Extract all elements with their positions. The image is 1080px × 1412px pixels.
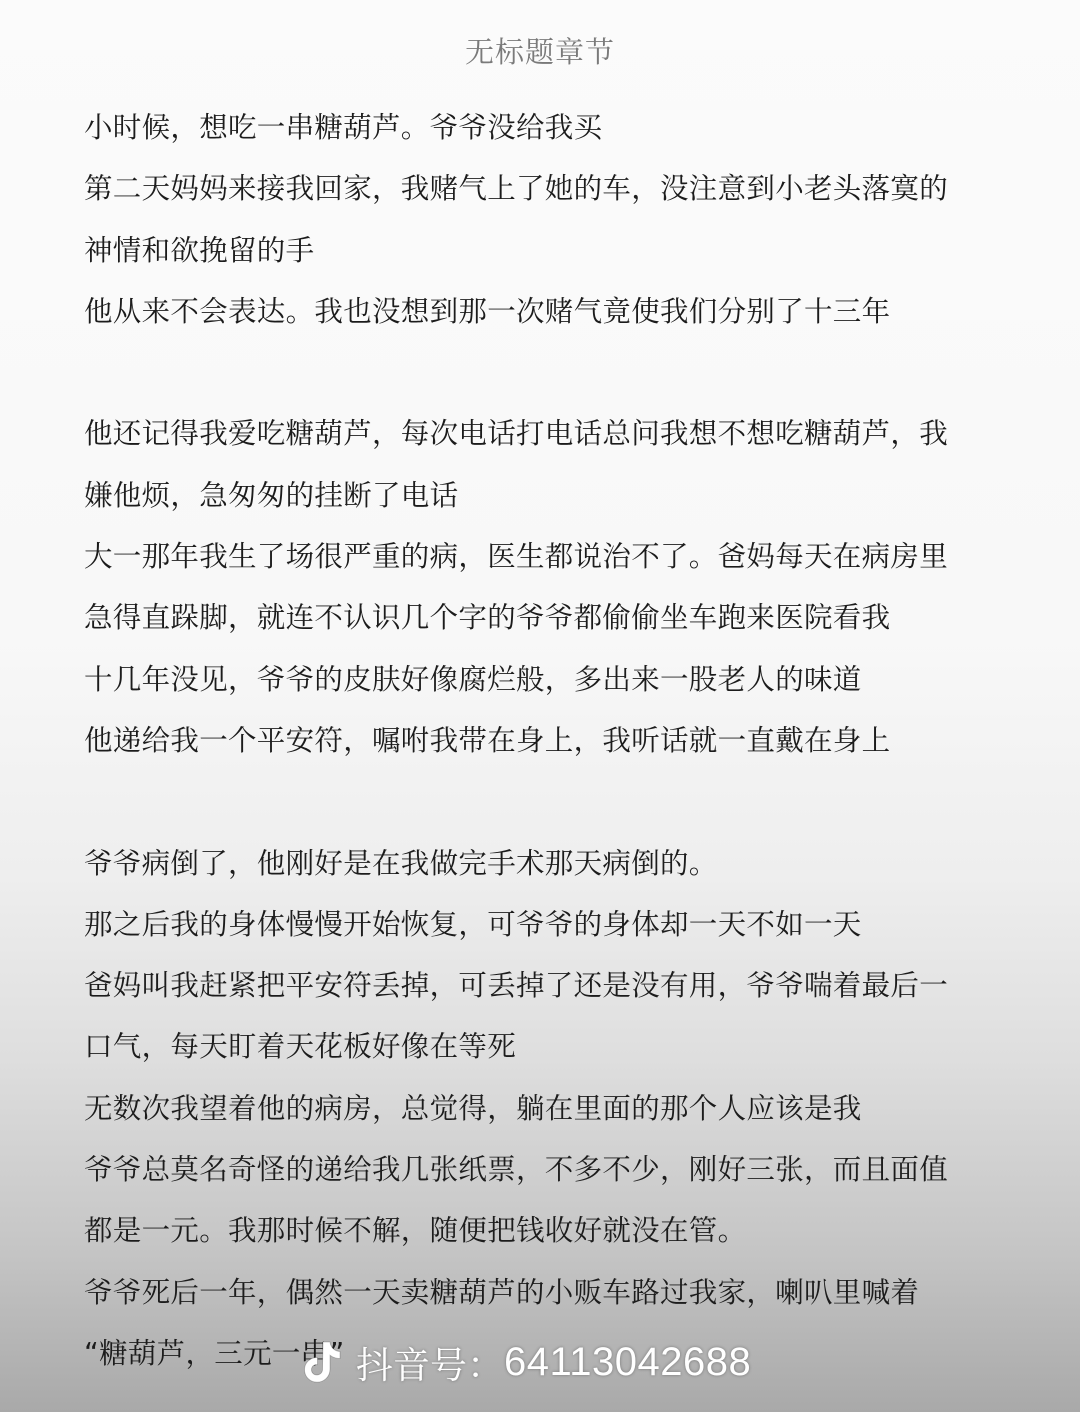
text-line: 都是一元。我那时候不解，随便把钱收好就没在管。 — [84, 1209, 1014, 1270]
text-line: 爷爷病倒了，他刚好是在我做完手术那天病倒的。 — [84, 842, 1014, 903]
text-line: 无数次我望着他的病房，总觉得，躺在里面的那个人应该是我 — [84, 1087, 1014, 1148]
watermark-id: 64113042688 — [504, 1340, 751, 1385]
paragraph: 爷爷病倒了，他刚好是在我做完手术那天病倒的。 那之后我的身体慢慢开始恢复，可爷爷… — [84, 842, 1014, 1394]
paragraph: 他还记得我爱吃糖葫芦，每次电话打电话总问我想不想吃糖葫芦，我 嫌他烦，急匆匆的挂… — [84, 412, 1014, 780]
text-line: 爷爷总莫名奇怪的递给我几张纸票，不多不少，刚好三张，而且面值 — [84, 1148, 1014, 1209]
text-line: 口气，每天盯着天花板好像在等死 — [84, 1025, 1014, 1086]
paragraph-spacer — [84, 780, 1014, 841]
text-line: 爸妈叫我赶紧把平安符丢掉，可丢掉了还是没有用，爷爷喘着最后一 — [84, 964, 1014, 1025]
chapter-body: 小时候，想吃一串糖葫芦。爷爷没给我买 第二天妈妈来接我回家，我赌气上了她的车，没… — [84, 106, 1014, 1393]
text-line: 他从来不会表达。我也没想到那一次赌气竟使我们分别了十三年 — [84, 290, 1014, 351]
text-line: 爷爷死后一年，偶然一天卖糖葫芦的小贩车路过我家，喇叭里喊着 — [84, 1271, 1014, 1332]
chapter-title: 无标题章节 — [0, 30, 1080, 71]
text-line: 急得直跺脚，就连不认识几个字的爷爷都偷偷坐车跑来医院看我 — [84, 596, 1014, 657]
text-line: 他还记得我爱吃糖葫芦，每次电话打电话总问我想不想吃糖葫芦，我 — [84, 412, 1014, 473]
paragraph: 小时候，想吃一串糖葫芦。爷爷没给我买 第二天妈妈来接我回家，我赌气上了她的车，没… — [84, 106, 1014, 351]
text-line: 嫌他烦，急匆匆的挂断了电话 — [84, 474, 1014, 535]
douyin-logo-icon — [302, 1340, 342, 1384]
watermark-label: 抖音号： — [356, 1335, 504, 1389]
text-line: 大一那年我生了场很严重的病，医生都说治不了。爸妈每天在病房里 — [84, 535, 1014, 596]
text-line: 小时候，想吃一串糖葫芦。爷爷没给我买 — [84, 106, 1014, 167]
text-line: 神情和欲挽留的手 — [84, 229, 1014, 290]
text-line: 那之后我的身体慢慢开始恢复，可爷爷的身体却一天不如一天 — [84, 903, 1014, 964]
douyin-watermark: 抖音号： 64113042688 — [302, 1335, 751, 1389]
text-line: 第二天妈妈来接我回家，我赌气上了她的车，没注意到小老头落寞的 — [84, 167, 1014, 228]
text-line: 他递给我一个平安符，嘱咐我带在身上，我听话就一直戴在身上 — [84, 719, 1014, 780]
text-line: 十几年没见，爷爷的皮肤好像腐烂般，多出来一股老人的味道 — [84, 658, 1014, 719]
paragraph-spacer — [84, 351, 1014, 412]
